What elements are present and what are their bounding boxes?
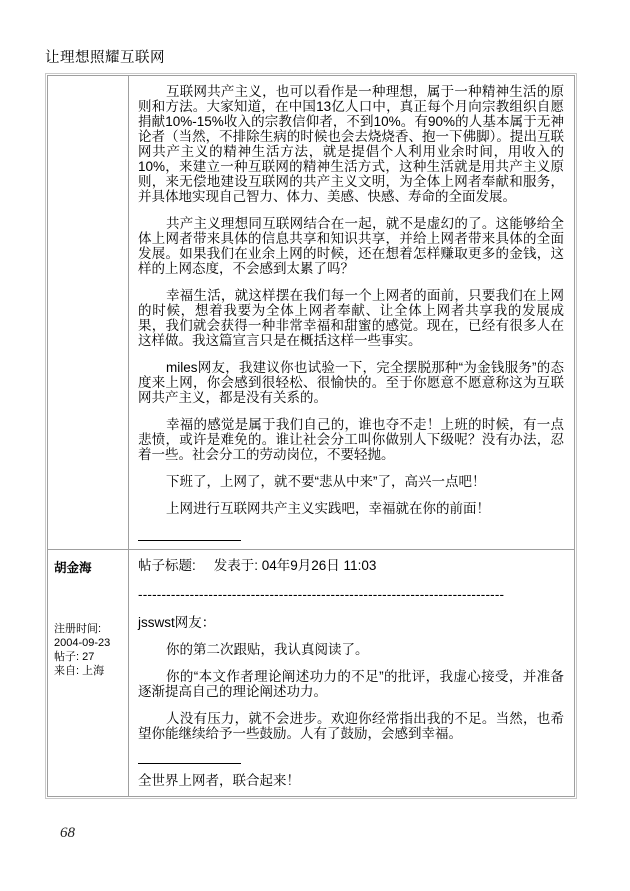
salutation: jsswst网友： [138,615,564,630]
post-paragraph: 上网进行互联网共产主义实践吧，幸福就在你的前面！ [138,501,564,516]
signature-block: 全世界上网者，联合起来！ [138,763,564,788]
author-location: 来自: 上海 [54,664,124,678]
author-cell: 胡金海 注册时间: 2004-09-23 帖子: 27 来自: 上海 [48,550,129,796]
signature-divider [138,763,241,764]
page-title: 让理想照耀互联网 [45,46,630,67]
dashed-separator: ----------------------------------------… [138,587,564,602]
post-paragraph: 你的“本文作者理论阐述功力的不足”的批评，我虚心接受，并准备逐渐提高自己的理论阐… [138,669,564,699]
signature-divider [138,540,241,541]
author-registration-info: 注册时间: 2004-09-23 帖子: 27 来自: 上海 [54,622,124,678]
signature-text: 全世界上网者，联合起来！ [138,773,564,788]
post-title-label: 帖子标题: [138,558,196,573]
forum-posts-table: 互联网共产主义，也可以看作是一种理想，属于一种精神生活的原则和方法。大家知道，在… [45,73,577,799]
author-name: 胡金海 [54,558,124,576]
post-paragraph: 人没有压力，就不会进步。欢迎你经常指出我的不足。当然，也希望你能继续给予一些鼓励… [138,711,564,741]
post-content-cell-1: 互联网共产主义，也可以看作是一种理想，属于一种精神生活的原则和方法。大家知道，在… [129,76,574,550]
signature-block: 全世界上网者，联合起来！ [138,540,564,550]
post-count: 帖子: 27 [54,650,124,664]
page-number: 68 [60,825,630,842]
post-content-cell-2: 帖子标题:发表于: 04年9月26日 11:03 ---------------… [129,550,574,796]
registration-label: 注册时间: [54,622,124,636]
post-paragraph: 幸福生活，就这样摆在我们每一个上网者的面前，只要我们在上网的时候，想着我要为全体… [138,288,564,348]
post-paragraph: 幸福的感觉是属于我们自己的，谁也夺不走！上班的时候，有一点悲愤，或许是难免的。谁… [138,417,564,462]
registration-date: 2004-09-23 [54,636,124,650]
post-paragraph: 互联网共产主义，也可以看作是一种理想，属于一种精神生活的原则和方法。大家知道，在… [138,84,564,204]
post-paragraph: 下班了，上网了，就不要“悲从中来”了，高兴一点吧！ [138,474,564,489]
post-header: 帖子标题:发表于: 04年9月26日 11:03 [138,558,564,573]
forum-posts-grid: 互联网共产主义，也可以看作是一种理想，属于一种精神生活的原则和方法。大家知道，在… [47,75,575,797]
post-paragraph: 共产主义理想同互联网结合在一起，就不是虚幻的了。这能够给全体上网者带来具体的信息… [138,216,564,276]
author-cell-empty [48,76,129,550]
post-paragraph: 你的第二次跟贴，我认真阅读了。 [138,642,564,657]
post-paragraph: miles网友，我建议你也试验一下，完全摆脱那种“为金钱服务”的态度来上网，你会… [138,360,564,405]
post-timestamp: 发表于: 04年9月26日 11:03 [214,558,377,573]
